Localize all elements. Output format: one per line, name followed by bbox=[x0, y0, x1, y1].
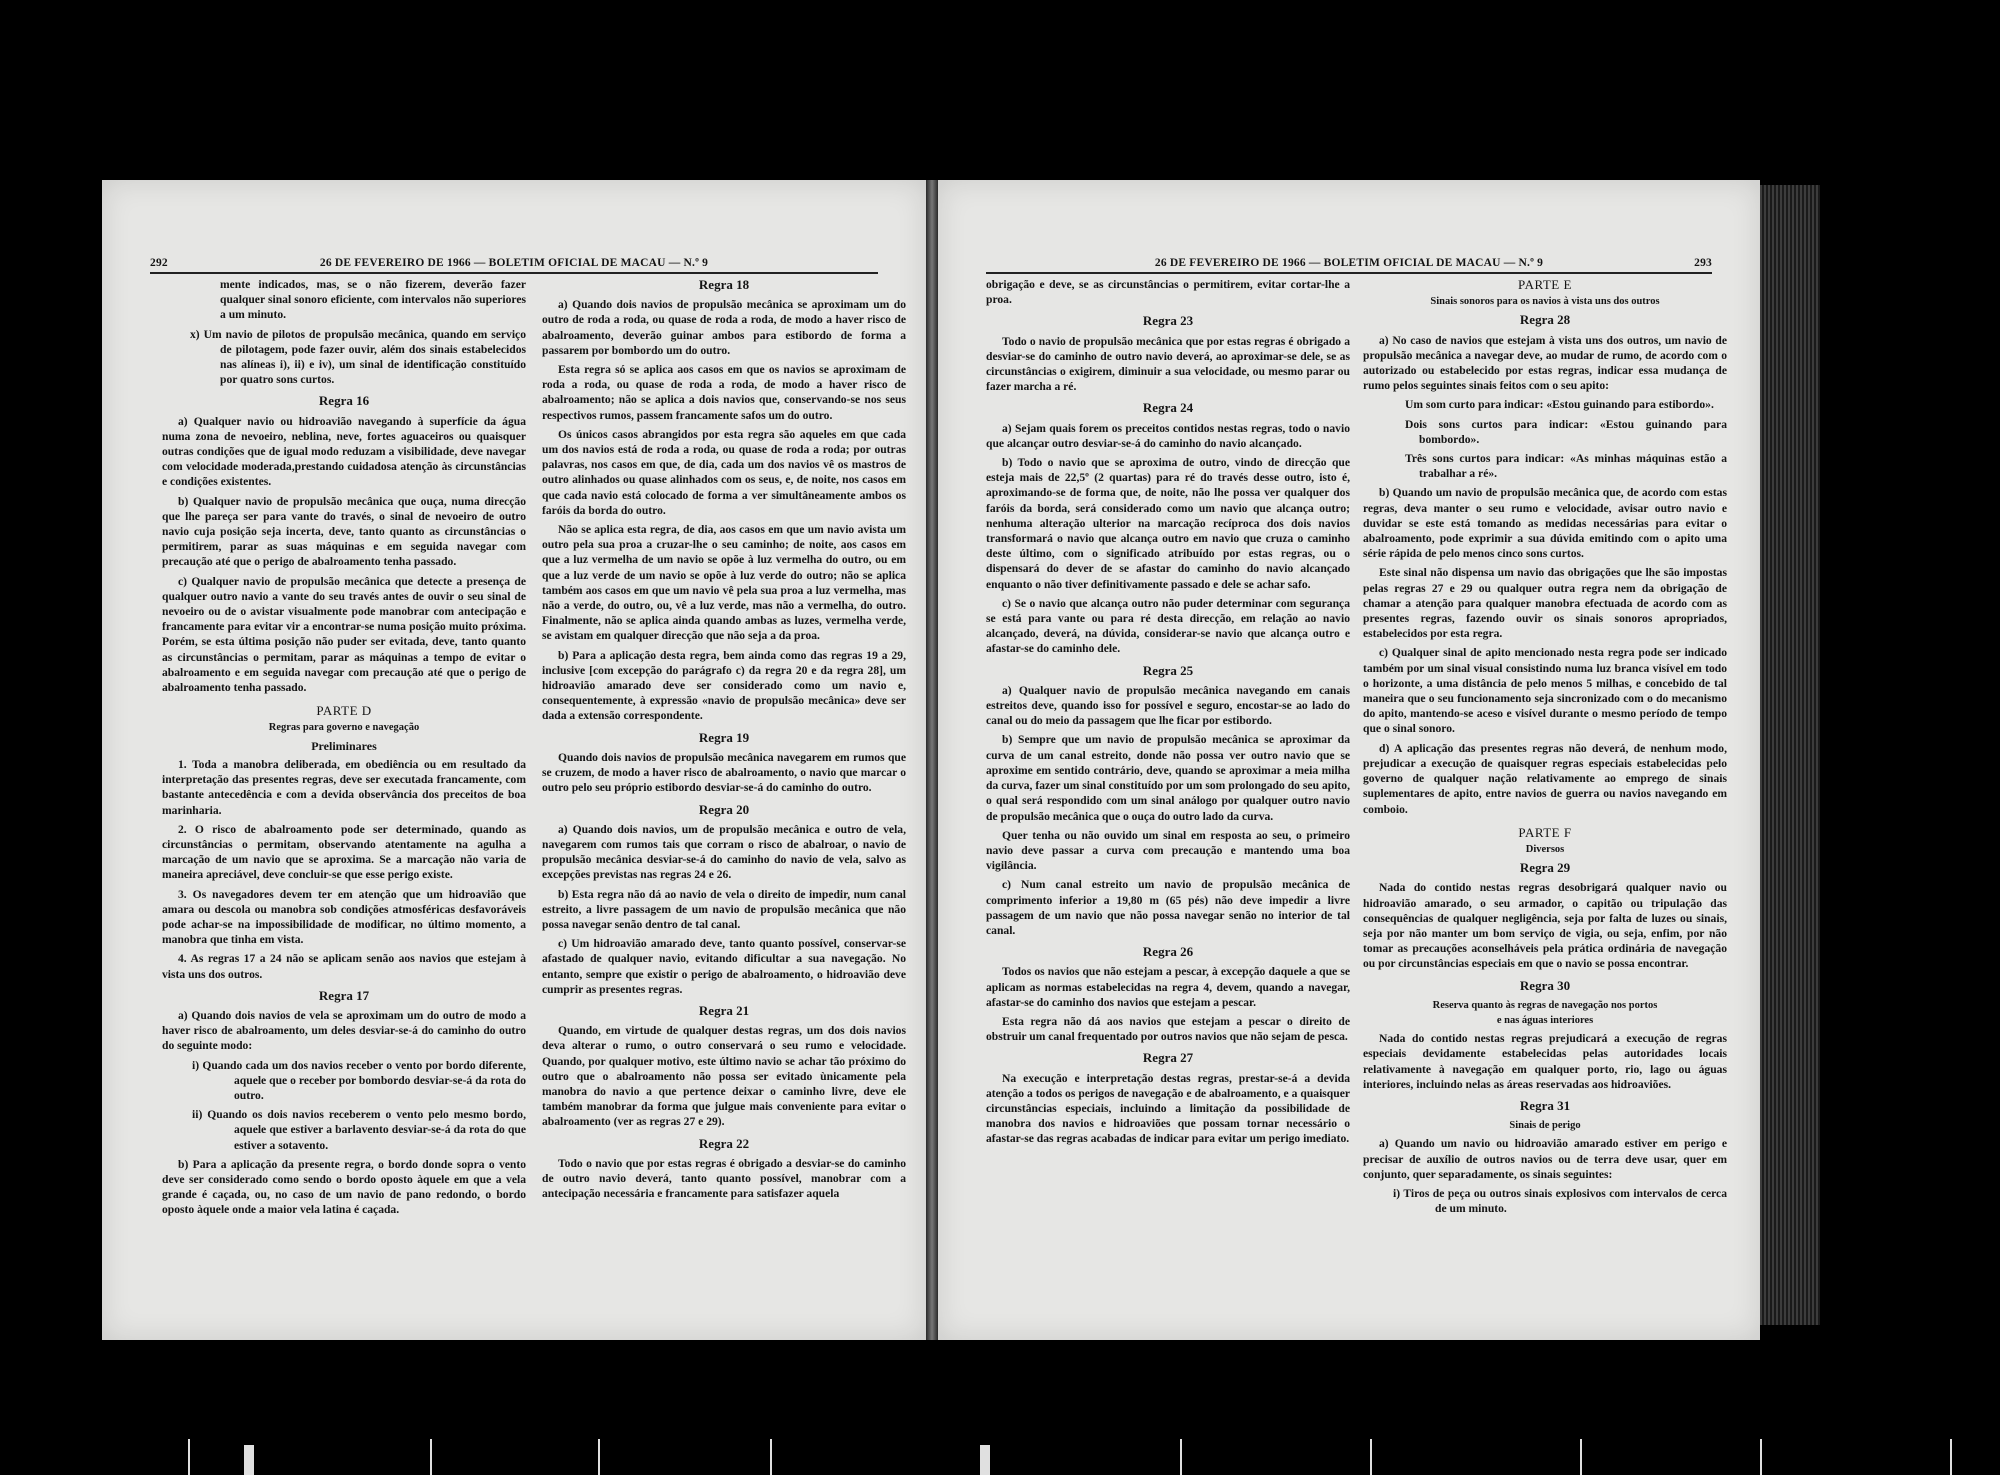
paragraph: b) Quando um navio de propulsão mecânica… bbox=[1363, 485, 1727, 561]
paragraph: Todo o navio que por estas regras é obri… bbox=[542, 1156, 906, 1202]
paragraph: a) Quando dois navios de vela se aproxim… bbox=[162, 1008, 526, 1054]
paragraph: c) Num canal estreito um navio de propul… bbox=[986, 877, 1350, 938]
rule-subtitle: e nas águas interiores bbox=[1363, 1013, 1727, 1028]
paragraph: Um som curto para indicar: «Estou guinan… bbox=[1363, 397, 1727, 412]
right-column-2: PARTE E Sinais sonoros para os navios à … bbox=[1363, 277, 1727, 1220]
rule-heading: Regra 18 bbox=[542, 277, 906, 292]
rule-heading: Regra 30 bbox=[1363, 978, 1727, 993]
part-subtitle: Regras para governo e navegação bbox=[162, 720, 526, 735]
rule-heading: Regra 21 bbox=[542, 1003, 906, 1018]
paragraph: a) Quando dois navios, um de propulsão m… bbox=[542, 822, 906, 883]
section-heading: Preliminares bbox=[162, 739, 526, 754]
paragraph: 4. As regras 17 a 24 não se aplicam senã… bbox=[162, 951, 526, 981]
paragraph: x) Um navio de pilotos de propulsão mecâ… bbox=[162, 327, 526, 388]
paragraph: Não se aplica esta regra, de dia, aos ca… bbox=[542, 522, 906, 644]
rule-heading: Regra 19 bbox=[542, 730, 906, 745]
rule-heading: Regra 27 bbox=[986, 1050, 1350, 1065]
paragraph: Três sons curtos para indicar: «As minha… bbox=[1363, 451, 1727, 481]
paragraph: c) Um hidroavião amarado deve, tanto qua… bbox=[542, 936, 906, 997]
paragraph: b) Todo o navio que se aproxima de outro… bbox=[986, 455, 1350, 592]
paragraph: b) Para a aplicação da presente regra, o… bbox=[162, 1157, 526, 1218]
right-column-1: obrigação e deve, se as circunstâncias o… bbox=[986, 277, 1350, 1151]
paragraph: 3. Os navegadores devem ter em atenção q… bbox=[162, 887, 526, 948]
paragraph: b) Qualquer navio de propulsão mecânica … bbox=[162, 494, 526, 570]
paragraph: a) Quando um navio ou hidroavião amarado… bbox=[1363, 1136, 1727, 1182]
paragraph: ii) Quando os dois navios receberem o ve… bbox=[162, 1107, 526, 1153]
rule-heading: Regra 23 bbox=[986, 313, 1350, 328]
paragraph: a) Qualquer navio de propulsão mecânica … bbox=[986, 683, 1350, 729]
part-heading: PARTE F bbox=[1363, 825, 1727, 840]
paragraph: b) Para a aplicação desta regra, bem ain… bbox=[542, 648, 906, 724]
paragraph: a) No caso de navios que estejam à vista… bbox=[1363, 333, 1727, 394]
part-heading: PARTE E bbox=[1363, 277, 1727, 292]
paragraph: d) A aplicação das presentes regras não … bbox=[1363, 741, 1727, 817]
rule-heading: Regra 26 bbox=[986, 944, 1350, 959]
paragraph: Nada do contido nestas regras desobrigar… bbox=[1363, 880, 1727, 971]
left-column-2: Regra 18 a) Quando dois navios de propul… bbox=[542, 277, 906, 1205]
book-page-edges bbox=[1760, 185, 1820, 1325]
paragraph: c) Se o navio que alcança outro não pude… bbox=[986, 596, 1350, 657]
paragraph: Todo o navio de propulsão mecânica que p… bbox=[986, 334, 1350, 395]
part-subtitle: Diversos bbox=[1363, 842, 1727, 857]
paragraph: Quando, em virtude de qualquer destas re… bbox=[542, 1023, 906, 1129]
paragraph: a) Quando dois navios de propulsão mecân… bbox=[542, 297, 906, 358]
rule-heading: Regra 24 bbox=[986, 400, 1350, 415]
paragraph: Este sinal não dispensa um navio das obr… bbox=[1363, 565, 1727, 641]
running-header-right: 26 DE FEVEREIRO DE 1966 — BOLETIM OFICIA… bbox=[986, 250, 1712, 274]
rule-heading: Regra 16 bbox=[162, 393, 526, 408]
paragraph: Dois sons curtos para indicar: «Estou gu… bbox=[1363, 417, 1727, 447]
paragraph: mente indicados, mas, se o não fizerem, … bbox=[162, 277, 526, 323]
paragraph: i) Tiros de peça ou outros sinais explos… bbox=[1363, 1186, 1727, 1216]
part-heading: PARTE D bbox=[162, 703, 526, 718]
rule-subtitle: Sinais de perigo bbox=[1363, 1118, 1727, 1133]
paragraph: Nada do contido nestas regras prejudicar… bbox=[1363, 1031, 1727, 1092]
rule-heading: Regra 22 bbox=[542, 1136, 906, 1151]
rule-heading: Regra 28 bbox=[1363, 312, 1727, 327]
rule-heading: Regra 25 bbox=[986, 663, 1350, 678]
paragraph: a) Qualquer navio ou hidroavião navegand… bbox=[162, 414, 526, 490]
rule-heading: Regra 20 bbox=[542, 802, 906, 817]
paragraph: a) Sejam quais forem os preceitos contid… bbox=[986, 421, 1350, 451]
rule-heading: Regra 31 bbox=[1363, 1098, 1727, 1113]
running-header-left: 292 26 DE FEVEREIRO DE 1966 — BOLETIM OF… bbox=[150, 250, 878, 274]
paragraph: Esta regra só se aplica aos casos em que… bbox=[542, 362, 906, 423]
book-spine bbox=[926, 180, 938, 1340]
header-title: 26 DE FEVEREIRO DE 1966 — BOLETIM OFICIA… bbox=[986, 257, 1712, 269]
paragraph: i) Quando cada um dos navios receber o v… bbox=[162, 1058, 526, 1104]
paragraph: Os únicos casos abrangidos por esta regr… bbox=[542, 427, 906, 518]
scanner-ruler bbox=[0, 1345, 2000, 1475]
paragraph: 2. O risco de abalroamento pode ser dete… bbox=[162, 822, 526, 883]
header-title: 26 DE FEVEREIRO DE 1966 — BOLETIM OFICIA… bbox=[150, 257, 878, 269]
paragraph: b) Sempre que um navio de propulsão mecâ… bbox=[986, 732, 1350, 823]
rule-heading: Regra 29 bbox=[1363, 860, 1727, 875]
paragraph: c) Qualquer sinal de apito mencionado ne… bbox=[1363, 645, 1727, 736]
paragraph: Todos os navios que não estejam a pescar… bbox=[986, 964, 1350, 1010]
rule-heading: Regra 17 bbox=[162, 988, 526, 1003]
paragraph: 1. Toda a manobra deliberada, em obediên… bbox=[162, 757, 526, 818]
paragraph: Quer tenha ou não ouvido um sinal em res… bbox=[986, 828, 1350, 874]
left-column-1: mente indicados, mas, se o não fizerem, … bbox=[162, 277, 526, 1222]
left-page: 292 26 DE FEVEREIRO DE 1966 — BOLETIM OF… bbox=[102, 180, 926, 1340]
part-subtitle: Sinais sonoros para os navios à vista un… bbox=[1363, 294, 1727, 309]
paragraph: Quando dois navios de propulsão mecânica… bbox=[542, 750, 906, 796]
paragraph: Na execução e interpretação destas regra… bbox=[986, 1071, 1350, 1147]
right-page: 26 DE FEVEREIRO DE 1966 — BOLETIM OFICIA… bbox=[938, 180, 1760, 1340]
paragraph: c) Qualquer navio de propulsão mecânica … bbox=[162, 574, 526, 696]
paragraph: obrigação e deve, se as circunstâncias o… bbox=[986, 277, 1350, 307]
paragraph: Esta regra não dá aos navios que estejam… bbox=[986, 1014, 1350, 1044]
page-number: 293 bbox=[1694, 257, 1712, 269]
rule-subtitle: Reserva quanto às regras de navegação no… bbox=[1363, 998, 1727, 1013]
paragraph: b) Esta regra não dá ao navio de vela o … bbox=[542, 887, 906, 933]
